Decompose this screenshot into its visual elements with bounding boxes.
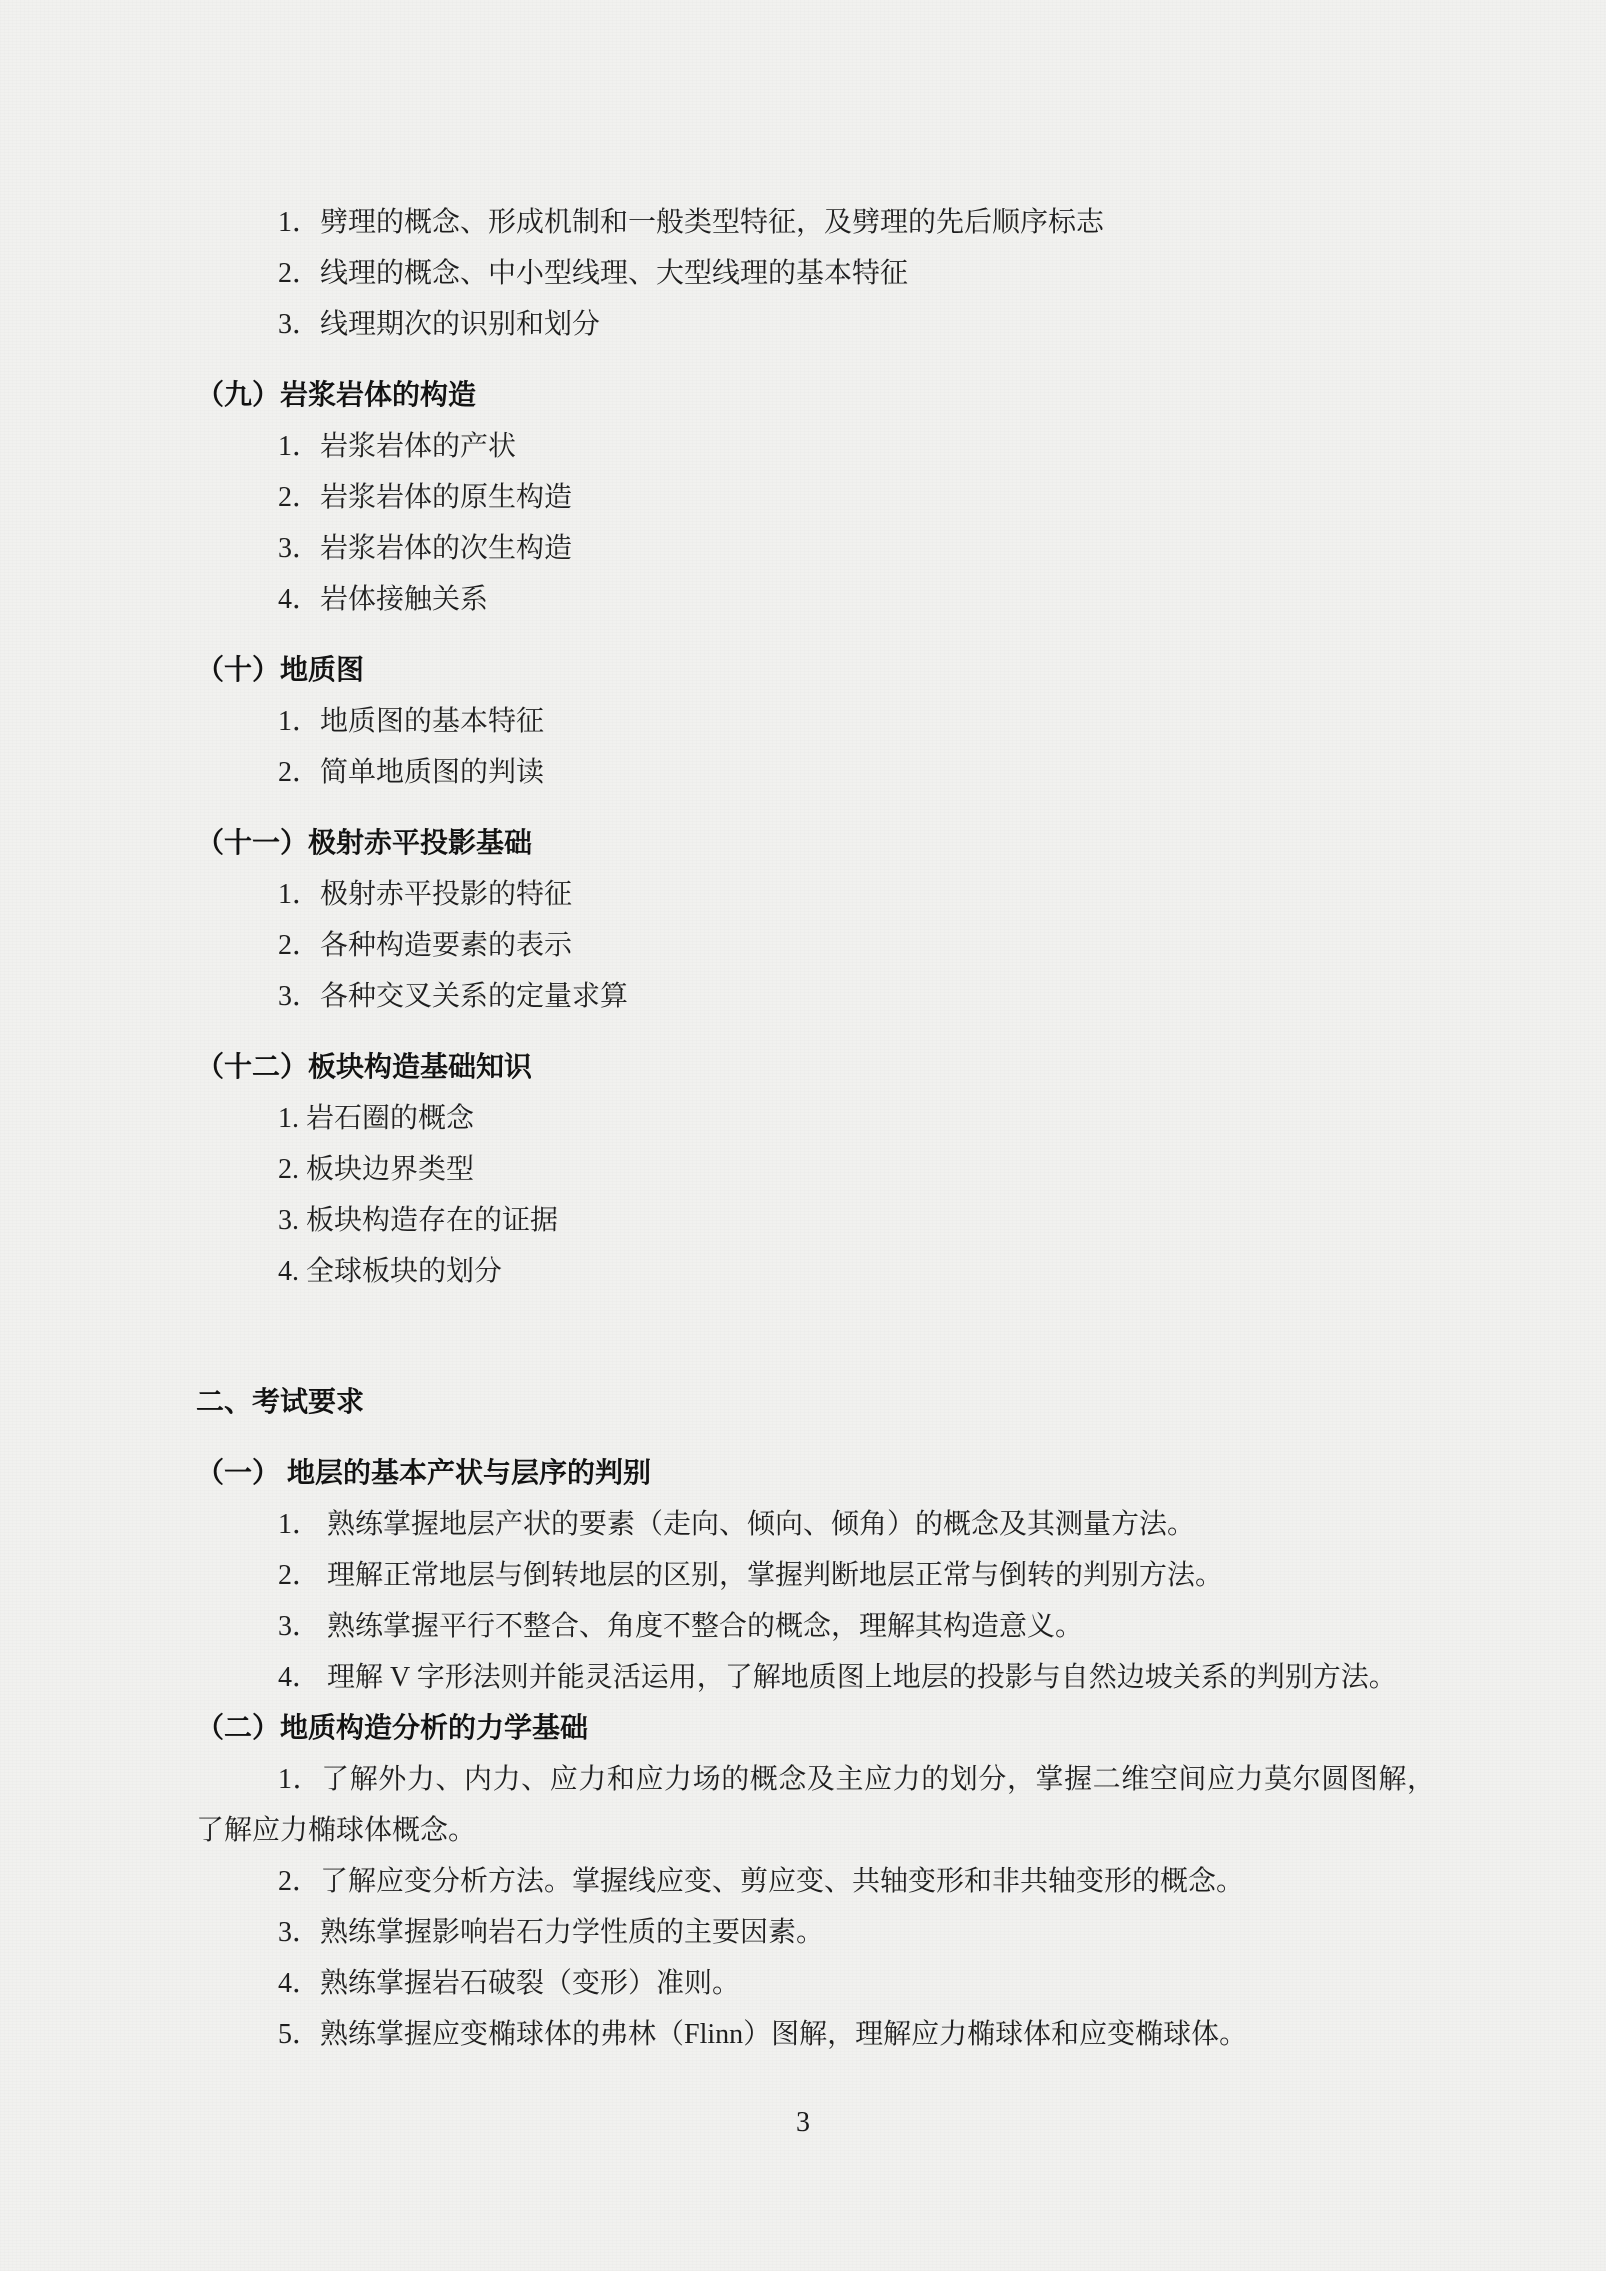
list-item: 3．熟练掌握影响岩石力学性质的主要因素。 [196,1907,1435,1958]
page-number: 3 [0,2097,1606,2148]
list-item: 1．岩浆岩体的产状 [196,421,1435,472]
list-item: 2. 板块边界类型 [196,1144,1435,1195]
list-item: 3． 熟练掌握平行不整合、角度不整合的概念，理解其构造意义。 [196,1601,1435,1652]
list-item: 3．线理期次的识别和划分 [196,299,1435,350]
list-item: 4. 全球板块的划分 [196,1246,1435,1297]
list-item: 2． 理解正常地层与倒转地层的区别，掌握判断地层正常与倒转的判别方法。 [196,1550,1435,1601]
list-item: 3．岩浆岩体的次生构造 [196,523,1435,574]
section-heading: （十）地质图 [196,645,1435,696]
text-block: 1．劈理的概念、形成机制和一般类型特征，及劈理的先后顺序标志 2．线理的概念、中… [196,197,1435,2060]
section-heading: （二）地质构造分析的力学基础 [196,1703,1435,1754]
section-heading: （九）岩浆岩体的构造 [196,370,1435,421]
list-item: 4．岩体接触关系 [196,574,1435,625]
list-item: 1．极射赤平投影的特征 [196,869,1435,920]
list-item: 4． 理解 V 字形法则并能灵活运用，了解地质图上地层的投影与自然边坡关系的判别… [196,1652,1435,1703]
list-item: 1．了解外力、内力、应力和应力场的概念及主应力的划分，掌握二维空间应力莫尔圆图解… [196,1754,1435,1856]
list-item: 3. 板块构造存在的证据 [196,1195,1435,1246]
list-item: 4．熟练掌握岩石破裂（变形）准则。 [196,1958,1435,2009]
list-item: 2．线理的概念、中小型线理、大型线理的基本特征 [196,248,1435,299]
list-item: 2．了解应变分析方法。掌握线应变、剪应变、共轴变形和非共轴变形的概念。 [196,1856,1435,1907]
list-item: 2．简单地质图的判读 [196,747,1435,798]
section-heading: （一） 地层的基本产状与层序的判别 [196,1448,1435,1499]
list-item: 2．岩浆岩体的原生构造 [196,472,1435,523]
part-title: 二、考试要求 [196,1377,1435,1428]
list-item: 1. 岩石圈的概念 [196,1093,1435,1144]
document-page: 1．劈理的概念、形成机制和一般类型特征，及劈理的先后顺序标志 2．线理的概念、中… [0,0,1606,2271]
section-heading: （十二）板块构造基础知识 [196,1042,1435,1093]
list-item: 1．劈理的概念、形成机制和一般类型特征，及劈理的先后顺序标志 [196,197,1435,248]
list-item: 5．熟练掌握应变椭球体的弗林（Flinn）图解，理解应力椭球体和应变椭球体。 [196,2009,1435,2060]
list-item: 1．地质图的基本特征 [196,696,1435,747]
list-item: 2．各种构造要素的表示 [196,920,1435,971]
list-item: 3．各种交叉关系的定量求算 [196,971,1435,1022]
list-item: 1． 熟练掌握地层产状的要素（走向、倾向、倾角）的概念及其测量方法。 [196,1499,1435,1550]
section-heading: （十一）极射赤平投影基础 [196,818,1435,869]
